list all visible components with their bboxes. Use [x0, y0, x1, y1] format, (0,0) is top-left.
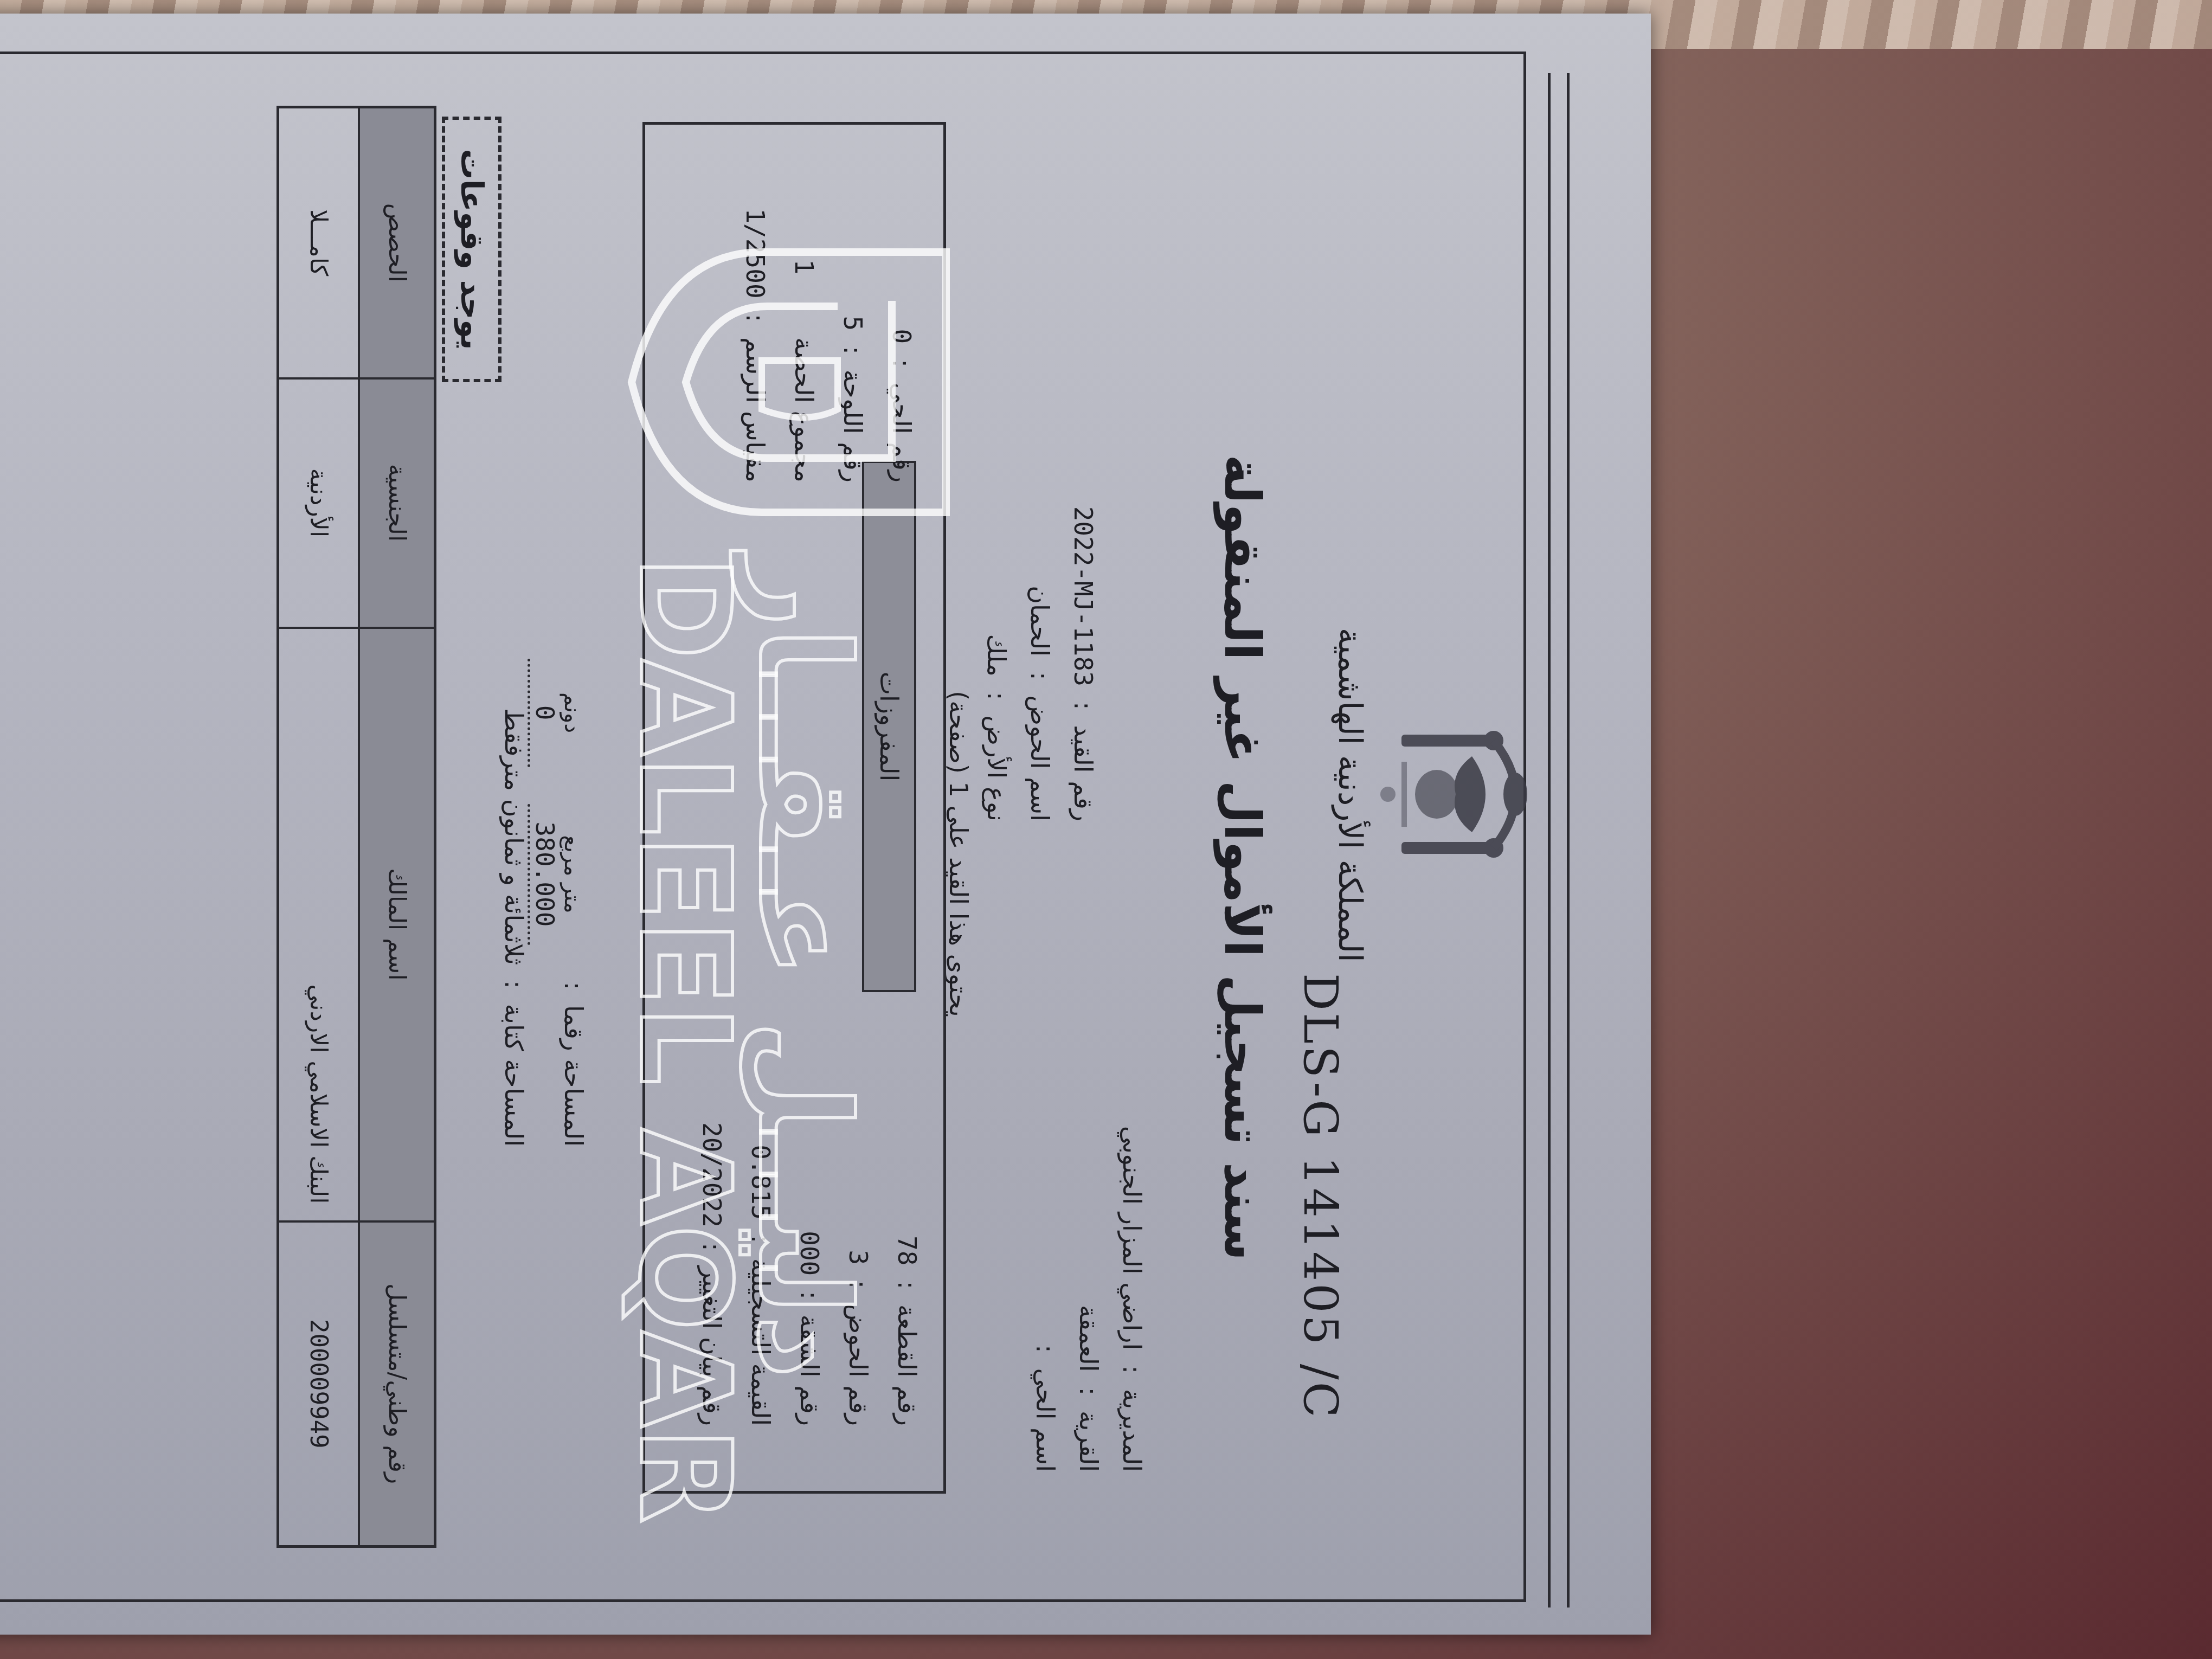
land-type-value: ملك: [982, 634, 1011, 677]
directorate-label: المديرية: [1117, 1389, 1147, 1472]
location-block: المديرية: اراضي المزار الجنوبي القرية: ا…: [1017, 984, 1147, 1472]
land-deed-document: Forms 00.700.10 rev.b المملكة الأردنية ا…: [0, 14, 1651, 1635]
col-owner-name: اسم المالك: [359, 628, 435, 1221]
dunum-value: 0: [528, 659, 560, 767]
land-type-label: نوع الأرض: [982, 716, 1011, 821]
top-rule: [1548, 73, 1551, 1607]
col-national-id: رقم وطني/متسلسل: [359, 1221, 435, 1547]
owner-national-id: 200009949: [278, 1221, 359, 1547]
top-rule: [1567, 73, 1570, 1607]
owner-nationality: الأردنية: [278, 378, 359, 628]
owner-name: البنك الاسلامي الاردني: [278, 628, 359, 1221]
area-section: المساحة رقما: متر مربع 380.000 دونم 0 ال…: [480, 279, 588, 1147]
kingdom-name: المملكة الأردنية الهاشمية: [1331, 637, 1369, 962]
endowment-note: يوجد وقوعات: [442, 117, 501, 382]
watermark-logo-icon: [621, 230, 968, 534]
record-no-label: رقم القيد: [1069, 725, 1098, 821]
col-shares: الحصص: [359, 107, 435, 378]
dunum-label: دونم: [560, 692, 584, 733]
area-numeric-label: المساحة رقما: [559, 1005, 588, 1147]
jordan-coat-of-arms-icon: [1369, 697, 1532, 892]
directorate-value: اراضي المزار الجنوبي: [1117, 1126, 1147, 1350]
basin-name-label: اسم الحوض: [1025, 696, 1054, 821]
deed-serial-number: DLS-G 141405 /C: [1293, 973, 1347, 1570]
record-block: رقم القيد: 2022-MJ-1183 اسم الحوض: الحما…: [968, 333, 1098, 821]
watermark-latin: DALEEL AQAR: [612, 556, 756, 1523]
col-nationality: الجنسية: [359, 378, 435, 628]
parcel-no-label: رقم القطعة: [892, 1304, 922, 1426]
neighborhood-label: اسم الحي: [1031, 1368, 1060, 1472]
owners-table: رقم وطني/متسلسل اسم المالك الجنسية الحصص…: [276, 106, 436, 1548]
parcel-no-value: 78: [892, 1236, 922, 1265]
basin-name-value: الحمان: [1025, 586, 1054, 657]
area-written-label: المساحة كتابة: [499, 1004, 529, 1147]
village-value: العمقة: [1074, 1305, 1103, 1372]
sqm-value: 380.000: [528, 804, 560, 945]
record-no-value: 2022-MJ-1183: [1069, 506, 1098, 686]
owner-shares: كامـــلا: [278, 107, 359, 378]
page-title: سند تسجيل الأموال غير المنقولة: [1213, 610, 1271, 1261]
sqm-label: متر مربع: [560, 835, 584, 913]
area-written-value: ثلاثمائة و ثمانون مترفقط: [499, 708, 529, 965]
contains-pages-text: يحتوي هذا القيد على 1 (صفحة): [944, 637, 973, 1071]
village-label: القرية: [1074, 1411, 1103, 1472]
owners-table-header: رقم وطني/متسلسل اسم المالك الجنسية الحصص: [359, 107, 435, 1547]
table-row: 200009949 البنك الاسلامي الاردني الأردني…: [278, 107, 359, 1547]
